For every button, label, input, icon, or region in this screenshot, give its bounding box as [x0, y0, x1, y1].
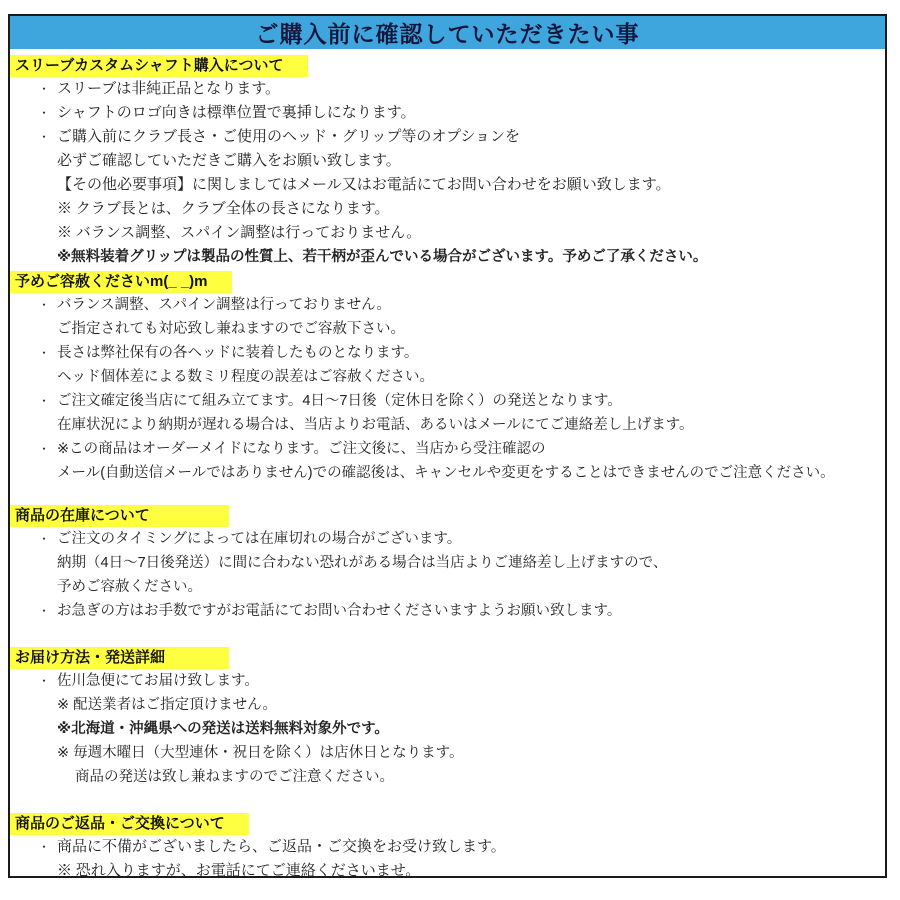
line-text: ※無料装着グリップは製品の性質上、若干柄が歪んでいる場合がございます。予めご了承…: [57, 245, 707, 269]
line-text: バランス調整、スパイン調整は行っておりません。: [57, 293, 391, 317]
line: 【その他必要事項】に関しましてはメール又はお電話にてお問い合わせをお願い致します…: [38, 173, 885, 197]
line: ・商品に不備がございましたら、ご返品・ご交換をお受け致します。: [38, 835, 885, 859]
line-text: 必ずご確認していただきご購入をお願い致します。: [57, 149, 401, 173]
line: ご指定されても対応致し兼ねますのでご容赦下さい。: [38, 317, 885, 341]
line-text: ご購入前にクラブ長さ・ご使用のヘッド・グリップ等のオプションを: [57, 125, 520, 149]
bullet-icon: ・: [38, 669, 57, 693]
line-text: 長さは弊社保有の各ヘッドに装着したものとなります。: [57, 341, 418, 365]
line-text: 予めご容赦ください。: [57, 575, 202, 599]
line: ・バランス調整、スパイン調整は行っておりません。: [38, 293, 885, 317]
line: メール(自動送信メールではありません)での確認後は、キャンセルや変更をすることは…: [38, 461, 885, 485]
section-2: 商品の在庫について・ご注文のタイミングによっては在庫切れの場合がございます。納期…: [10, 505, 885, 623]
line: ・佐川急便にてお届け致します。: [38, 669, 885, 693]
line-text: ヘッド個体差による数ミリ程度の誤差はご容赦ください。: [57, 365, 434, 389]
line-text: 佐川急便にてお届け致します。: [57, 669, 259, 693]
line-text: 商品の発送は致し兼ねますのでご注意ください。: [75, 765, 394, 789]
section-1: 予めご容赦くださいm(_ _)m・バランス調整、スパイン調整は行っておりません。…: [10, 271, 885, 485]
line: ※ クラブ長とは、クラブ全体の長さになります。: [38, 197, 885, 221]
section-heading: 商品の在庫について: [10, 505, 229, 527]
line-text: ※ バランス調整、スパイン調整は行っておりません。: [57, 221, 421, 245]
line-text: シャフトのロゴ向きは標準位置で裏挿しになります。: [57, 101, 416, 125]
section-heading: 予めご容赦くださいm(_ _)m: [10, 271, 232, 293]
line-text: 商品に不備がございましたら、ご返品・ご交換をお受け致します。: [57, 835, 506, 859]
bullet-icon: ・: [38, 77, 57, 101]
line: ・お急ぎの方はお手数ですがお電話にてお問い合わせくださいますようお願い致します。: [38, 599, 885, 623]
document-title-bar: ご購入前に確認していただきたい事: [10, 16, 885, 49]
section-0: スリーブカスタムシャフト購入について・スリーブは非純正品となります。・シャフトの…: [10, 55, 885, 269]
line-text: ※ クラブ長とは、クラブ全体の長さになります。: [57, 197, 390, 221]
page-title: ご購入前に確認していただきたい事: [256, 16, 640, 49]
line: ・長さは弊社保有の各ヘッドに装着したものとなります。: [38, 341, 885, 365]
section-heading: スリーブカスタムシャフト購入について: [10, 55, 308, 77]
line-text: ※北海道・沖縄県への発送は送料無料対象外です。: [57, 717, 389, 741]
line: ※無料装着グリップは製品の性質上、若干柄が歪んでいる場合がございます。予めご了承…: [38, 245, 885, 269]
bullet-icon: ・: [38, 599, 57, 623]
line: ・シャフトのロゴ向きは標準位置で裏挿しになります。: [38, 101, 885, 125]
line-text: ※この商品はオーダーメイドになります。ご注文後に、当店から受注確認の: [57, 437, 545, 461]
line-text: 納期（4日～7日後発送）に間に合わない恐れがある場合は当店よりご連絡差し上げます…: [57, 551, 667, 575]
bullet-icon: ・: [38, 437, 57, 461]
line-text: 【その他必要事項】に関しましてはメール又はお電話にてお問い合わせをお願い致します…: [57, 173, 671, 197]
section-3: お届け方法・発送詳細・佐川急便にてお届け致します。※ 配送業者はご指定頂けません…: [10, 647, 885, 789]
section-heading: 商品のご返品・ご交換について: [10, 813, 249, 835]
line-text: ご指定されても対応致し兼ねますのでご容赦下さい。: [57, 317, 405, 341]
sections-container: スリーブカスタムシャフト購入について・スリーブは非純正品となります。・シャフトの…: [10, 55, 885, 883]
bullet-icon: ・: [38, 101, 57, 125]
line-text: お急ぎの方はお手数ですがお電話にてお問い合わせくださいますようお願い致します。: [57, 599, 621, 623]
line: ヘッド個体差による数ミリ程度の誤差はご容赦ください。: [38, 365, 885, 389]
line-text: 在庫状況により納期が遅れる場合は、当店よりお電話、あるいはメールにてご連絡差し上…: [57, 413, 694, 437]
line-text: ※ 毎週木曜日（大型連休・祝日を除く）は店休日となります。: [57, 741, 464, 765]
bullet-icon: ・: [38, 125, 57, 149]
line: 納期（4日～7日後発送）に間に合わない恐れがある場合は当店よりご連絡差し上げます…: [38, 551, 885, 575]
bullet-icon: ・: [38, 527, 57, 551]
line: ・ご注文確定後当店にて組み立てます。4日～7日後（定休日を除く）の発送となります…: [38, 389, 885, 413]
line-text: スリーブは非純正品となります。: [57, 77, 280, 101]
section-heading: お届け方法・発送詳細: [10, 647, 229, 669]
line: 予めご容赦ください。: [38, 575, 885, 599]
line: ※北海道・沖縄県への発送は送料無料対象外です。: [38, 717, 885, 741]
bullet-icon: ・: [38, 835, 57, 859]
line: 在庫状況により納期が遅れる場合は、当店よりお電話、あるいはメールにてご連絡差し上…: [38, 413, 885, 437]
line-text: ※ 恐れ入りますが、お電話にてご連絡くださいませ。: [57, 859, 420, 883]
bullet-icon: ・: [38, 341, 57, 365]
bullet-icon: ・: [38, 389, 57, 413]
line: 商品の発送は致し兼ねますのでご注意ください。: [38, 765, 885, 789]
line: ・ご購入前にクラブ長さ・ご使用のヘッド・グリップ等のオプションを: [38, 125, 885, 149]
bullet-icon: ・: [38, 293, 57, 317]
line: ・※この商品はオーダーメイドになります。ご注文後に、当店から受注確認の: [38, 437, 885, 461]
line: 必ずご確認していただきご購入をお願い致します。: [38, 149, 885, 173]
line-text: ご注文のタイミングによっては在庫切れの場合がございます。: [57, 527, 461, 551]
line: ※ 恐れ入りますが、お電話にてご連絡くださいませ。: [38, 859, 885, 883]
line: ※ 配送業者はご指定頂けません。: [38, 693, 885, 717]
notice-document: ご購入前に確認していただきたい事 スリーブカスタムシャフト購入について・スリーブ…: [8, 14, 887, 878]
line-text: ※ 配送業者はご指定頂けません。: [57, 693, 277, 717]
line: ・ご注文のタイミングによっては在庫切れの場合がございます。: [38, 527, 885, 551]
line-text: ご注文確定後当店にて組み立てます。4日～7日後（定休日を除く）の発送となります。: [57, 389, 622, 413]
line-text: メール(自動送信メールではありません)での確認後は、キャンセルや変更をすることは…: [57, 461, 835, 485]
line: ・スリーブは非純正品となります。: [38, 77, 885, 101]
line: ※ バランス調整、スパイン調整は行っておりません。: [38, 221, 885, 245]
notice-page: ご購入前に確認していただきたい事 スリーブカスタムシャフト購入について・スリーブ…: [0, 0, 900, 900]
line: ※ 毎週木曜日（大型連休・祝日を除く）は店休日となります。: [38, 741, 885, 765]
section-4: 商品のご返品・ご交換について・商品に不備がございましたら、ご返品・ご交換をお受け…: [10, 813, 885, 883]
